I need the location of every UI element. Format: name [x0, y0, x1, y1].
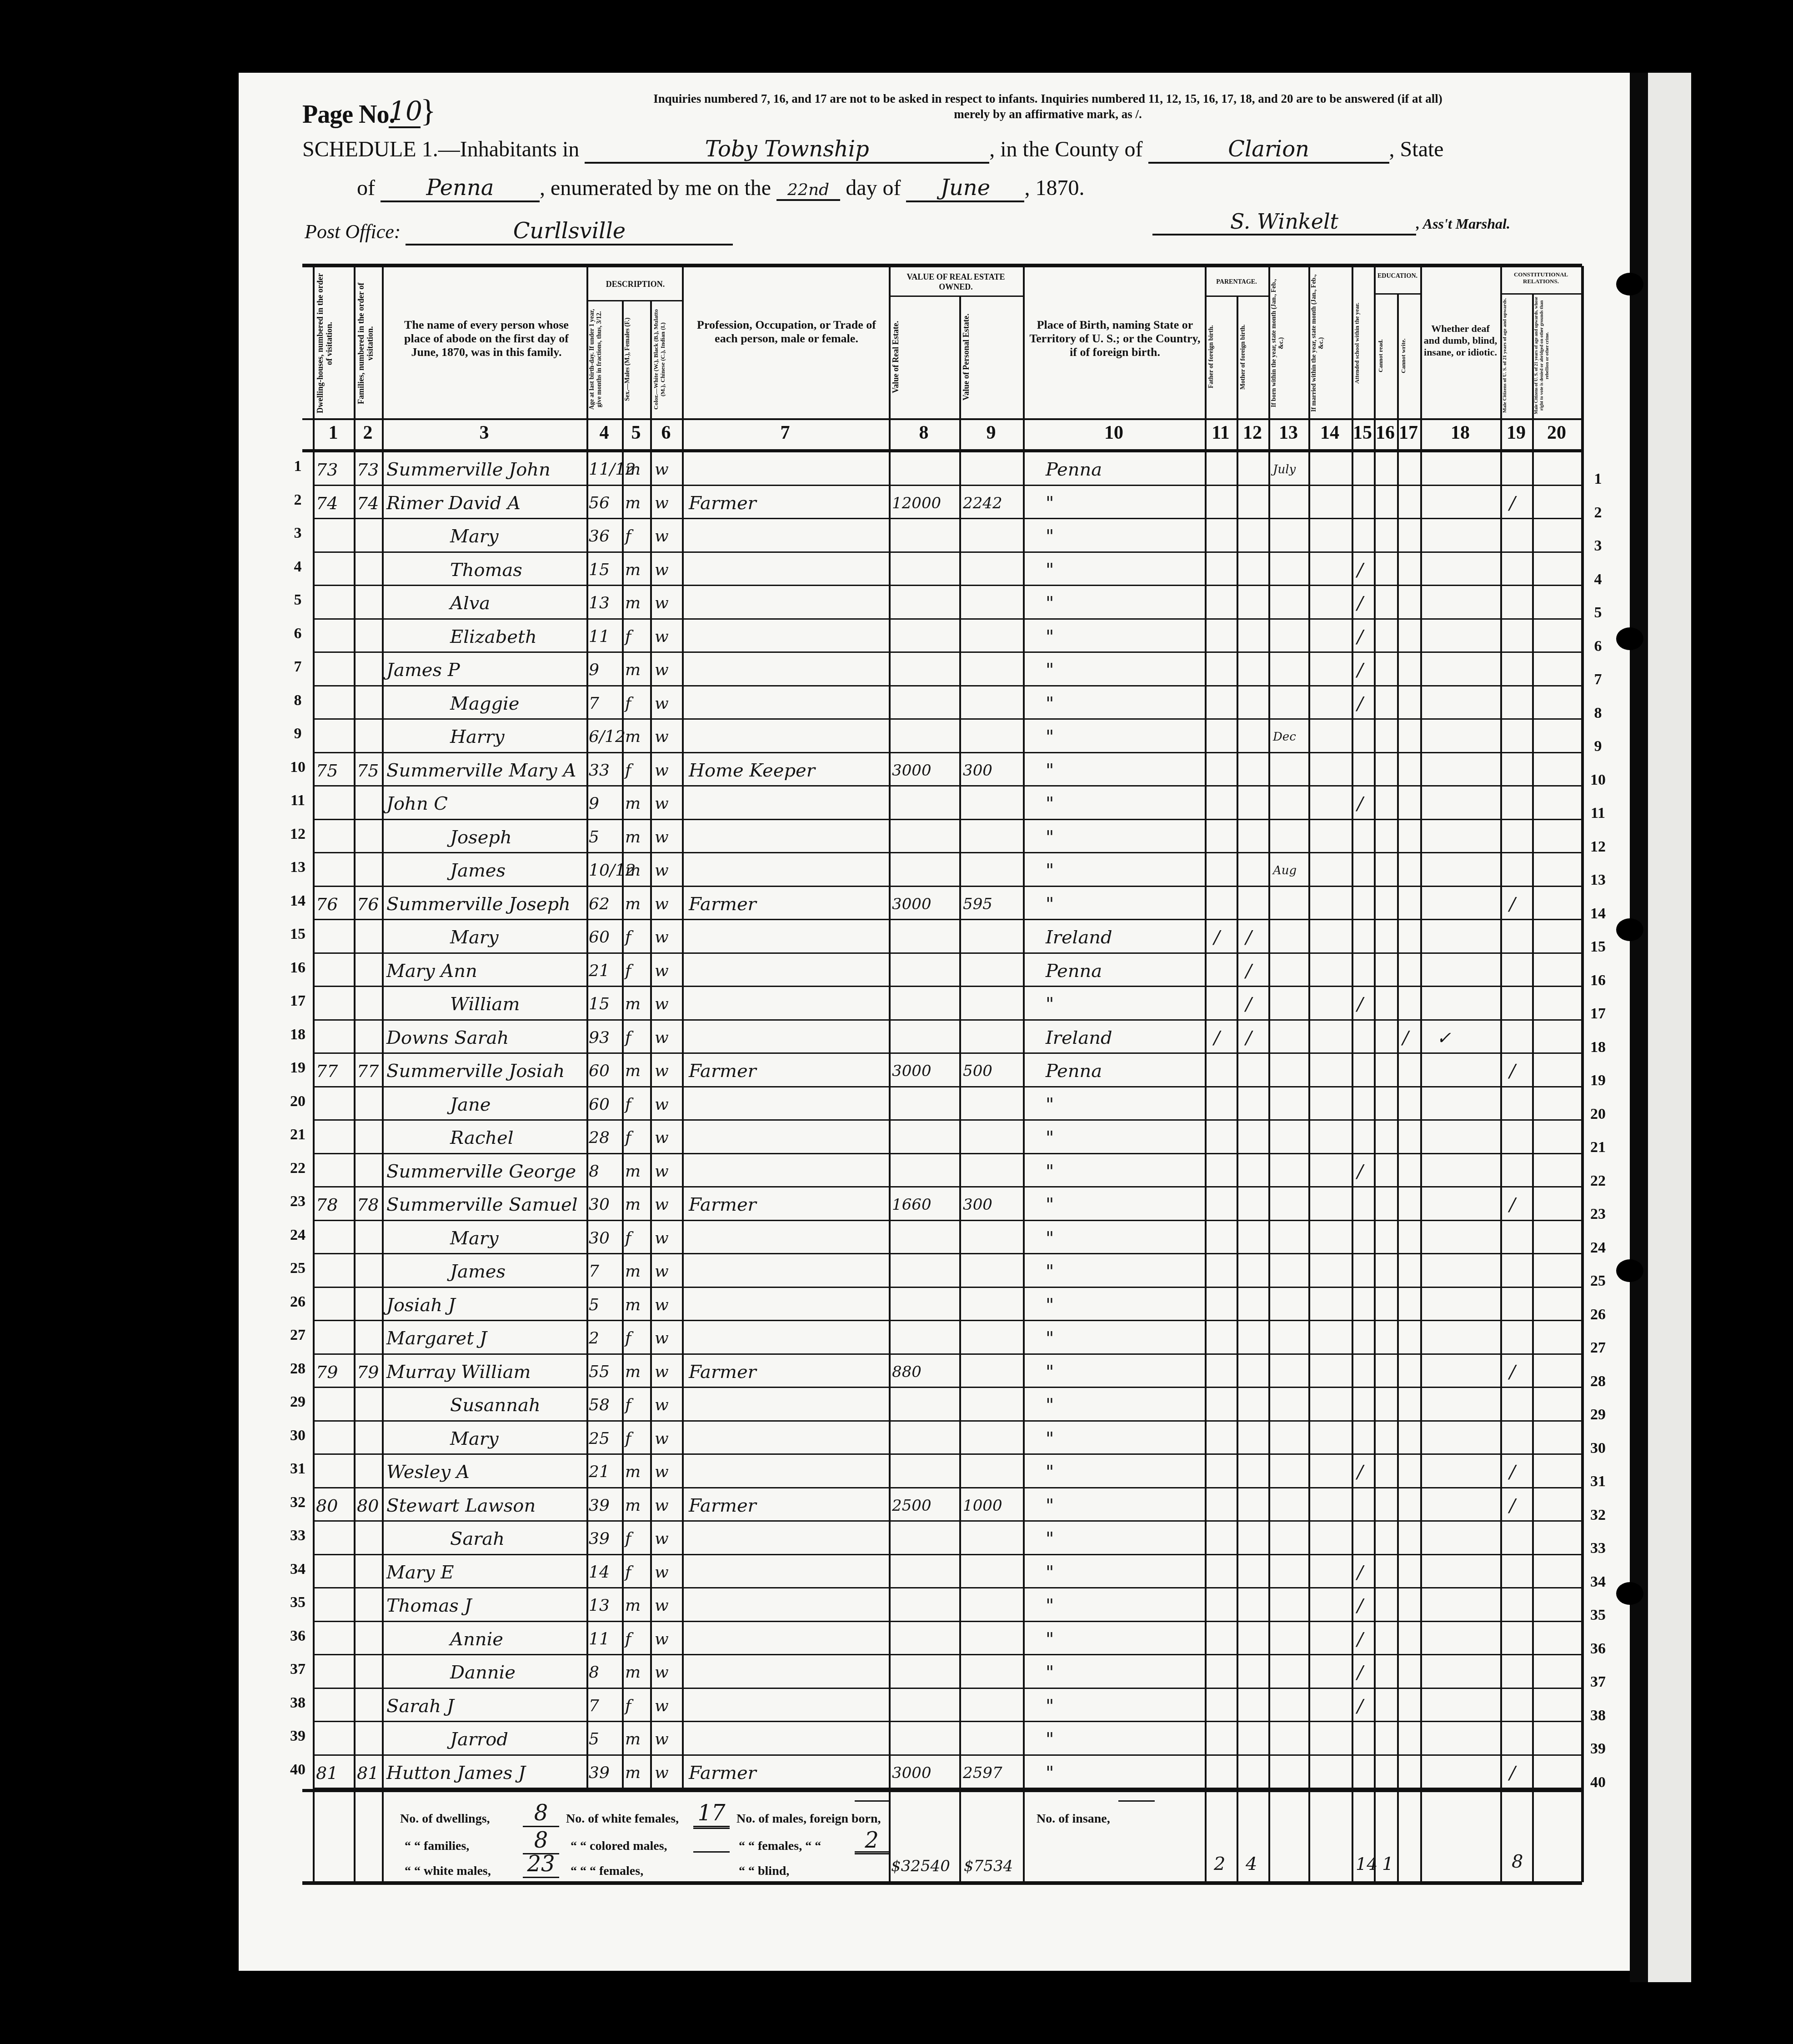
- row-number-right: 23: [1587, 1206, 1609, 1223]
- color: w: [655, 623, 669, 651]
- column-number: 1: [315, 422, 351, 444]
- person-name: Jane: [450, 1091, 491, 1118]
- row-rule: [314, 1587, 1582, 1588]
- col14-header: If married within the year, state month …: [1311, 273, 1350, 414]
- person-name: Summerville Samuel: [386, 1191, 578, 1218]
- value-group-header: VALUE OF REAL ESTATE OWNED.: [891, 272, 1021, 292]
- col9-header: Value of Personal Estate.: [962, 300, 1022, 414]
- column-number: 10: [1096, 422, 1132, 444]
- col18-header: Whether deaf and dumb, blind, insane, or…: [1423, 323, 1498, 358]
- school-mark: /: [1357, 623, 1363, 651]
- color: w: [655, 556, 669, 584]
- occupation: Farmer: [689, 1358, 756, 1386]
- occupation: Farmer: [689, 1759, 756, 1787]
- birthplace: ": [1046, 1292, 1054, 1319]
- real-estate-value: 12000: [892, 490, 941, 517]
- row-number-right: 12: [1587, 838, 1609, 856]
- row-number-right: 10: [1587, 772, 1609, 789]
- white-females-label: No. of white females,: [566, 1812, 679, 1826]
- row-number-left: 22: [286, 1160, 309, 1177]
- row-number-left: 31: [286, 1460, 309, 1478]
- row-number-right: 40: [1587, 1774, 1609, 1791]
- birthplace: Penna: [1046, 456, 1102, 483]
- color: w: [655, 1191, 669, 1218]
- birthplace: ": [1046, 891, 1054, 918]
- parentage-group-header: PARENTAGE.: [1206, 276, 1267, 289]
- row-number-left: 32: [286, 1494, 309, 1511]
- sex: m: [625, 490, 641, 517]
- row-number-right: 28: [1587, 1373, 1609, 1390]
- row-number-right: 1: [1587, 471, 1609, 488]
- birthplace: ": [1046, 790, 1054, 817]
- birthplace: ": [1046, 490, 1054, 517]
- color: w: [655, 1659, 669, 1686]
- person-name: Summerville Mary A: [386, 757, 576, 784]
- row-number-right: 37: [1587, 1673, 1609, 1691]
- sex: f: [625, 1392, 631, 1419]
- family-number: 75: [357, 757, 379, 784]
- row-rule: [314, 919, 1582, 920]
- sex: m: [625, 1759, 641, 1787]
- cannot-write-mark: /: [1402, 1024, 1408, 1052]
- row-rule: [314, 852, 1582, 853]
- age: 39: [589, 1759, 610, 1787]
- sex: m: [625, 1191, 641, 1218]
- row-number-right: 13: [1587, 872, 1609, 889]
- row-number-right: 24: [1587, 1239, 1609, 1257]
- males-foreign-count: [855, 1800, 889, 1802]
- row-rule: [314, 1654, 1582, 1655]
- school-mark: /: [1357, 656, 1363, 684]
- constitutional-group-rule: [1500, 293, 1582, 295]
- dwelling-number: 81: [316, 1759, 338, 1787]
- person-name: John C: [386, 790, 448, 817]
- occupation: Farmer: [689, 1492, 756, 1519]
- column-number: 13: [1270, 422, 1307, 444]
- females-foreign-label: “ “ females, “ “: [739, 1839, 821, 1854]
- col-divider: [650, 300, 652, 1789]
- color: w: [655, 857, 669, 884]
- col8-header: Value of Real Estate.: [891, 300, 957, 414]
- row-rule: [314, 1754, 1582, 1756]
- row-number-left: 2: [286, 491, 309, 509]
- real-estate-value: 3000: [892, 1057, 932, 1085]
- row-number-left: 4: [286, 558, 309, 576]
- color: w: [655, 1458, 669, 1486]
- sex: m: [625, 456, 641, 483]
- families-label: “ “ families,: [405, 1839, 469, 1854]
- row-number-right: 7: [1587, 671, 1609, 688]
- color: w: [655, 456, 669, 483]
- row-number-right: 17: [1587, 1005, 1609, 1022]
- school-mark: /: [1357, 1659, 1363, 1686]
- insane-label: No. of insane,: [1037, 1812, 1110, 1826]
- row-rule: [314, 1287, 1582, 1288]
- school-mark: /: [1357, 991, 1363, 1018]
- colored-females-label: “ “ “ females,: [571, 1864, 643, 1879]
- sex: f: [625, 924, 631, 951]
- person-name: Mary: [450, 523, 499, 550]
- column-number: 3: [466, 422, 502, 444]
- color: w: [655, 1057, 669, 1085]
- age: 60: [589, 1091, 610, 1118]
- col-divider: [1374, 266, 1376, 1882]
- color: w: [655, 1693, 669, 1720]
- row-rule: [314, 886, 1582, 887]
- birth-month: July: [1273, 456, 1296, 483]
- col13-header: If born within the year, state month (Ja…: [1271, 273, 1307, 414]
- birthplace: ": [1046, 1693, 1054, 1720]
- row-rule: [314, 685, 1582, 686]
- sex: f: [625, 1425, 631, 1453]
- birthplace: ": [1046, 1124, 1054, 1152]
- mother-foreign-mark: /: [1246, 924, 1252, 951]
- col6-header: Color.—White (W.), Black (B.), Mulatto (…: [652, 304, 681, 415]
- age: 8: [589, 1158, 599, 1185]
- row-number-left: 16: [286, 959, 309, 977]
- school-mark: /: [1357, 1458, 1363, 1486]
- row-rule: [314, 1119, 1582, 1121]
- row-number-left: 3: [286, 525, 309, 542]
- col-divider: [1308, 266, 1310, 1882]
- row-rule: [314, 1353, 1582, 1355]
- color: w: [655, 1626, 669, 1653]
- color: w: [655, 1024, 669, 1052]
- age: 58: [589, 1392, 610, 1419]
- birthplace: ": [1046, 1258, 1054, 1285]
- person-name: Sarah J: [386, 1693, 454, 1720]
- birthplace: ": [1046, 556, 1054, 584]
- row-number-right: 30: [1587, 1440, 1609, 1457]
- sex: m: [625, 556, 641, 584]
- sex: m: [625, 723, 641, 751]
- color: w: [655, 1325, 669, 1352]
- constitutional-group-header: CONSTITUTIONAL RELATIONS.: [1501, 271, 1581, 285]
- sex: m: [625, 1057, 641, 1085]
- person-name: Mary: [450, 1225, 499, 1252]
- family-number: 78: [357, 1191, 379, 1218]
- row-number-right: 25: [1587, 1272, 1609, 1290]
- age: 5: [589, 824, 599, 851]
- dwellings-count: 8: [523, 1800, 559, 1827]
- row-rule: [314, 1453, 1582, 1455]
- birthplace: ": [1046, 590, 1054, 617]
- age: 25: [589, 1425, 610, 1453]
- birthplace: Ireland: [1046, 924, 1112, 951]
- row-number-right: 22: [1587, 1172, 1609, 1190]
- person-name: Susannah: [450, 1392, 541, 1419]
- total-cannot-read: 1: [1382, 1850, 1393, 1878]
- age: 15: [589, 556, 610, 584]
- row-rule: [314, 1420, 1582, 1422]
- col-divider: [622, 300, 624, 1789]
- color: w: [655, 1358, 669, 1386]
- color: w: [655, 757, 669, 784]
- person-name: Rimer David A: [386, 490, 521, 517]
- person-name: Mary Ann: [386, 957, 477, 985]
- col-divider: [889, 266, 891, 1882]
- person-name: Sarah: [450, 1525, 505, 1553]
- row-rule: [314, 485, 1582, 486]
- row-rule: [314, 819, 1582, 820]
- row-rule: [314, 986, 1582, 987]
- real-estate-value: 3000: [892, 891, 932, 918]
- age: 21: [589, 1458, 610, 1486]
- col-divider: [682, 266, 684, 1789]
- row-number-left: 39: [286, 1728, 309, 1745]
- sex: m: [625, 891, 641, 918]
- occupation: Farmer: [689, 891, 756, 918]
- person-name: Murray William: [386, 1358, 531, 1386]
- row-number-right: 29: [1587, 1406, 1609, 1423]
- color: w: [655, 1124, 669, 1152]
- person-name: William: [450, 991, 520, 1018]
- column-number: 6: [648, 422, 684, 444]
- age: 13: [589, 590, 610, 617]
- row-rule: [314, 1721, 1582, 1722]
- color: w: [655, 1258, 669, 1285]
- row-rule: [314, 1019, 1582, 1021]
- row-number-left: 33: [286, 1527, 309, 1544]
- color: w: [655, 1225, 669, 1252]
- occupation: Home Keeper: [689, 757, 815, 784]
- age: 28: [589, 1124, 610, 1152]
- sex: m: [625, 1292, 641, 1319]
- birthplace: Ireland: [1046, 1024, 1112, 1052]
- color: w: [655, 1091, 669, 1118]
- column-number: 17: [1390, 422, 1427, 444]
- row-rule: [314, 1387, 1582, 1388]
- personal-estate-value: 500: [963, 1057, 992, 1085]
- education-group-header: EDUCATION.: [1375, 273, 1420, 280]
- row-number-left: 9: [286, 725, 309, 742]
- person-name: Maggie: [450, 690, 519, 717]
- age: 55: [589, 1358, 610, 1386]
- school-mark: /: [1357, 1626, 1363, 1653]
- dwelling-number: 74: [316, 490, 338, 517]
- col7-header: Profession, Occupation, or Trade of each…: [691, 318, 882, 346]
- row-number-left: 14: [286, 892, 309, 910]
- birthplace: ": [1046, 1525, 1054, 1553]
- column-number: 7: [767, 422, 803, 444]
- family-number: 77: [357, 1057, 379, 1085]
- row-number-left: 13: [286, 859, 309, 876]
- person-name: Alva: [450, 590, 490, 617]
- row-number-right: 27: [1587, 1339, 1609, 1357]
- color: w: [655, 1559, 669, 1586]
- color: w: [655, 1726, 669, 1753]
- sex: m: [625, 824, 641, 851]
- age: 7: [589, 1258, 599, 1285]
- age: 56: [589, 490, 610, 517]
- birthplace: ": [1046, 656, 1054, 684]
- colored-females-count: [693, 1851, 730, 1853]
- row-rule: [314, 718, 1582, 720]
- col11-header: Father of foreign birth.: [1207, 300, 1235, 414]
- sex: m: [625, 1358, 641, 1386]
- value-group-rule: [889, 296, 1023, 297]
- row-number-left: 10: [286, 759, 309, 776]
- person-name: Joseph: [450, 824, 512, 851]
- color: w: [655, 957, 669, 985]
- birthplace: ": [1046, 1626, 1054, 1653]
- person-name: Downs Sarah: [386, 1024, 509, 1052]
- males-foreign-label: No. of males, foreign born,: [736, 1812, 881, 1826]
- row-number-left: 24: [286, 1227, 309, 1244]
- age: 33: [589, 757, 610, 784]
- dwelling-number: 78: [316, 1191, 338, 1218]
- col-divider: [1500, 266, 1502, 1882]
- row-rule: [314, 1520, 1582, 1522]
- white-females-count: 17: [693, 1800, 730, 1827]
- column-number: 12: [1234, 422, 1271, 444]
- citizen-mark: /: [1509, 1358, 1515, 1386]
- families-count: 8: [523, 1828, 559, 1854]
- white-males-count: 23: [523, 1851, 559, 1878]
- sex: m: [625, 857, 641, 884]
- person-name: Mary E: [386, 1559, 454, 1586]
- age: 15: [589, 991, 610, 1018]
- col5-header: Sex.—Males (M.), Females (F.): [624, 304, 649, 415]
- col2-header: Families, numbered in the order of visit…: [356, 273, 380, 414]
- row-number-left: 5: [286, 591, 309, 609]
- age: 6/12: [589, 723, 626, 751]
- row-rule: [314, 551, 1582, 553]
- row-number-right: 39: [1587, 1740, 1609, 1758]
- dwelling-number: 75: [316, 757, 338, 784]
- females-foreign-count: 2: [855, 1828, 889, 1854]
- row-number-right: 3: [1587, 537, 1609, 555]
- color: w: [655, 1392, 669, 1419]
- col-divider: [1268, 266, 1270, 1882]
- total-citizens: 8: [1512, 1848, 1523, 1875]
- row-number-right: 21: [1587, 1139, 1609, 1156]
- person-name: Thomas J: [386, 1592, 472, 1619]
- sex: m: [625, 590, 641, 617]
- row-number-right: 6: [1587, 638, 1609, 655]
- mother-foreign-mark: /: [1246, 991, 1252, 1018]
- person-name: Margaret J: [386, 1325, 487, 1352]
- age: 39: [589, 1492, 610, 1519]
- citizen-mark: /: [1509, 1057, 1515, 1085]
- col-divider: [382, 266, 384, 1882]
- color: w: [655, 824, 669, 851]
- citizen-mark: /: [1509, 1492, 1515, 1519]
- person-name: Mary: [450, 1425, 499, 1453]
- row-number-left: 15: [286, 926, 309, 943]
- person-name: Dannie: [450, 1659, 516, 1686]
- row-number-left: 7: [286, 658, 309, 676]
- header-bottom-rule: [302, 418, 1582, 420]
- row-rule: [314, 518, 1582, 519]
- age: 21: [589, 957, 610, 985]
- dwelling-number: 77: [316, 1057, 338, 1085]
- total-personal-estate: $7534: [964, 1853, 1013, 1880]
- citizen-mark: /: [1509, 1458, 1515, 1486]
- blind-count: [855, 1851, 889, 1853]
- col19-header: Male Citizens of U. S. of 21 years of ag…: [1502, 296, 1530, 415]
- person-name: Elizabeth: [450, 623, 537, 651]
- row-number-left: 36: [286, 1628, 309, 1645]
- birthplace: ": [1046, 991, 1054, 1018]
- color: w: [655, 723, 669, 751]
- birthplace: ": [1046, 1392, 1054, 1419]
- school-mark: /: [1357, 1158, 1363, 1185]
- sex: f: [625, 1124, 631, 1152]
- dwelling-number: 73: [316, 456, 338, 483]
- real-estate-value: 880: [892, 1358, 922, 1386]
- sex: m: [625, 1492, 641, 1519]
- sex: f: [625, 1225, 631, 1252]
- column-number: 14: [1312, 422, 1348, 444]
- person-name: Harry: [450, 723, 505, 751]
- row-number-left: 27: [286, 1327, 309, 1344]
- column-number: 4: [586, 422, 622, 444]
- sex: m: [625, 656, 641, 684]
- color: w: [655, 1425, 669, 1453]
- age: 11: [589, 1626, 610, 1653]
- row-number-left: 12: [286, 826, 309, 843]
- birthplace: ": [1046, 757, 1054, 784]
- col-divider: [1237, 296, 1238, 1882]
- person-name: Thomas: [450, 556, 522, 584]
- birthplace: ": [1046, 1726, 1054, 1753]
- sex: f: [625, 1091, 631, 1118]
- row-number-left: 1: [286, 458, 309, 475]
- family-number: 81: [357, 1759, 379, 1787]
- row-rule: [314, 1220, 1582, 1221]
- row-number-left: 37: [286, 1661, 309, 1678]
- family-number: 79: [357, 1358, 379, 1386]
- row-rule: [314, 785, 1582, 787]
- row-number-left: 8: [286, 692, 309, 709]
- col-divider: [1397, 293, 1399, 1882]
- sex: m: [625, 1726, 641, 1753]
- col1-header: Dwelling-houses, numbered in the order o…: [316, 273, 352, 414]
- birthplace: ": [1046, 1191, 1054, 1218]
- col-divider: [313, 266, 315, 1882]
- color: w: [655, 790, 669, 817]
- birthplace: ": [1046, 1225, 1054, 1252]
- age: 11: [589, 623, 610, 651]
- row-number-right: 20: [1587, 1106, 1609, 1123]
- school-mark: /: [1357, 1559, 1363, 1586]
- age: 93: [589, 1024, 610, 1052]
- birthplace: ": [1046, 523, 1054, 550]
- col-divider: [1420, 266, 1422, 1882]
- occupation: Farmer: [689, 1057, 756, 1085]
- row-number-right: 14: [1587, 905, 1609, 922]
- birthplace: ": [1046, 723, 1054, 751]
- row-rule: [314, 1688, 1582, 1689]
- sex: f: [625, 623, 631, 651]
- row-number-left: 17: [286, 992, 309, 1010]
- real-estate-value: 3000: [892, 757, 932, 784]
- sex: f: [625, 1024, 631, 1052]
- sex: f: [625, 1693, 631, 1720]
- sex: f: [625, 1626, 631, 1653]
- col3-header: The name of every person whose place of …: [391, 318, 582, 359]
- column-number: 18: [1442, 422, 1478, 444]
- age: 5: [589, 1292, 599, 1319]
- row-number-left: 18: [286, 1026, 309, 1043]
- sex: f: [625, 690, 631, 717]
- insane-count: [1118, 1800, 1155, 1802]
- birth-month: Aug: [1273, 857, 1297, 884]
- birthplace: ": [1046, 824, 1054, 851]
- blind-label: “ “ blind,: [739, 1864, 789, 1879]
- person-name: Summerville Joseph: [386, 891, 571, 918]
